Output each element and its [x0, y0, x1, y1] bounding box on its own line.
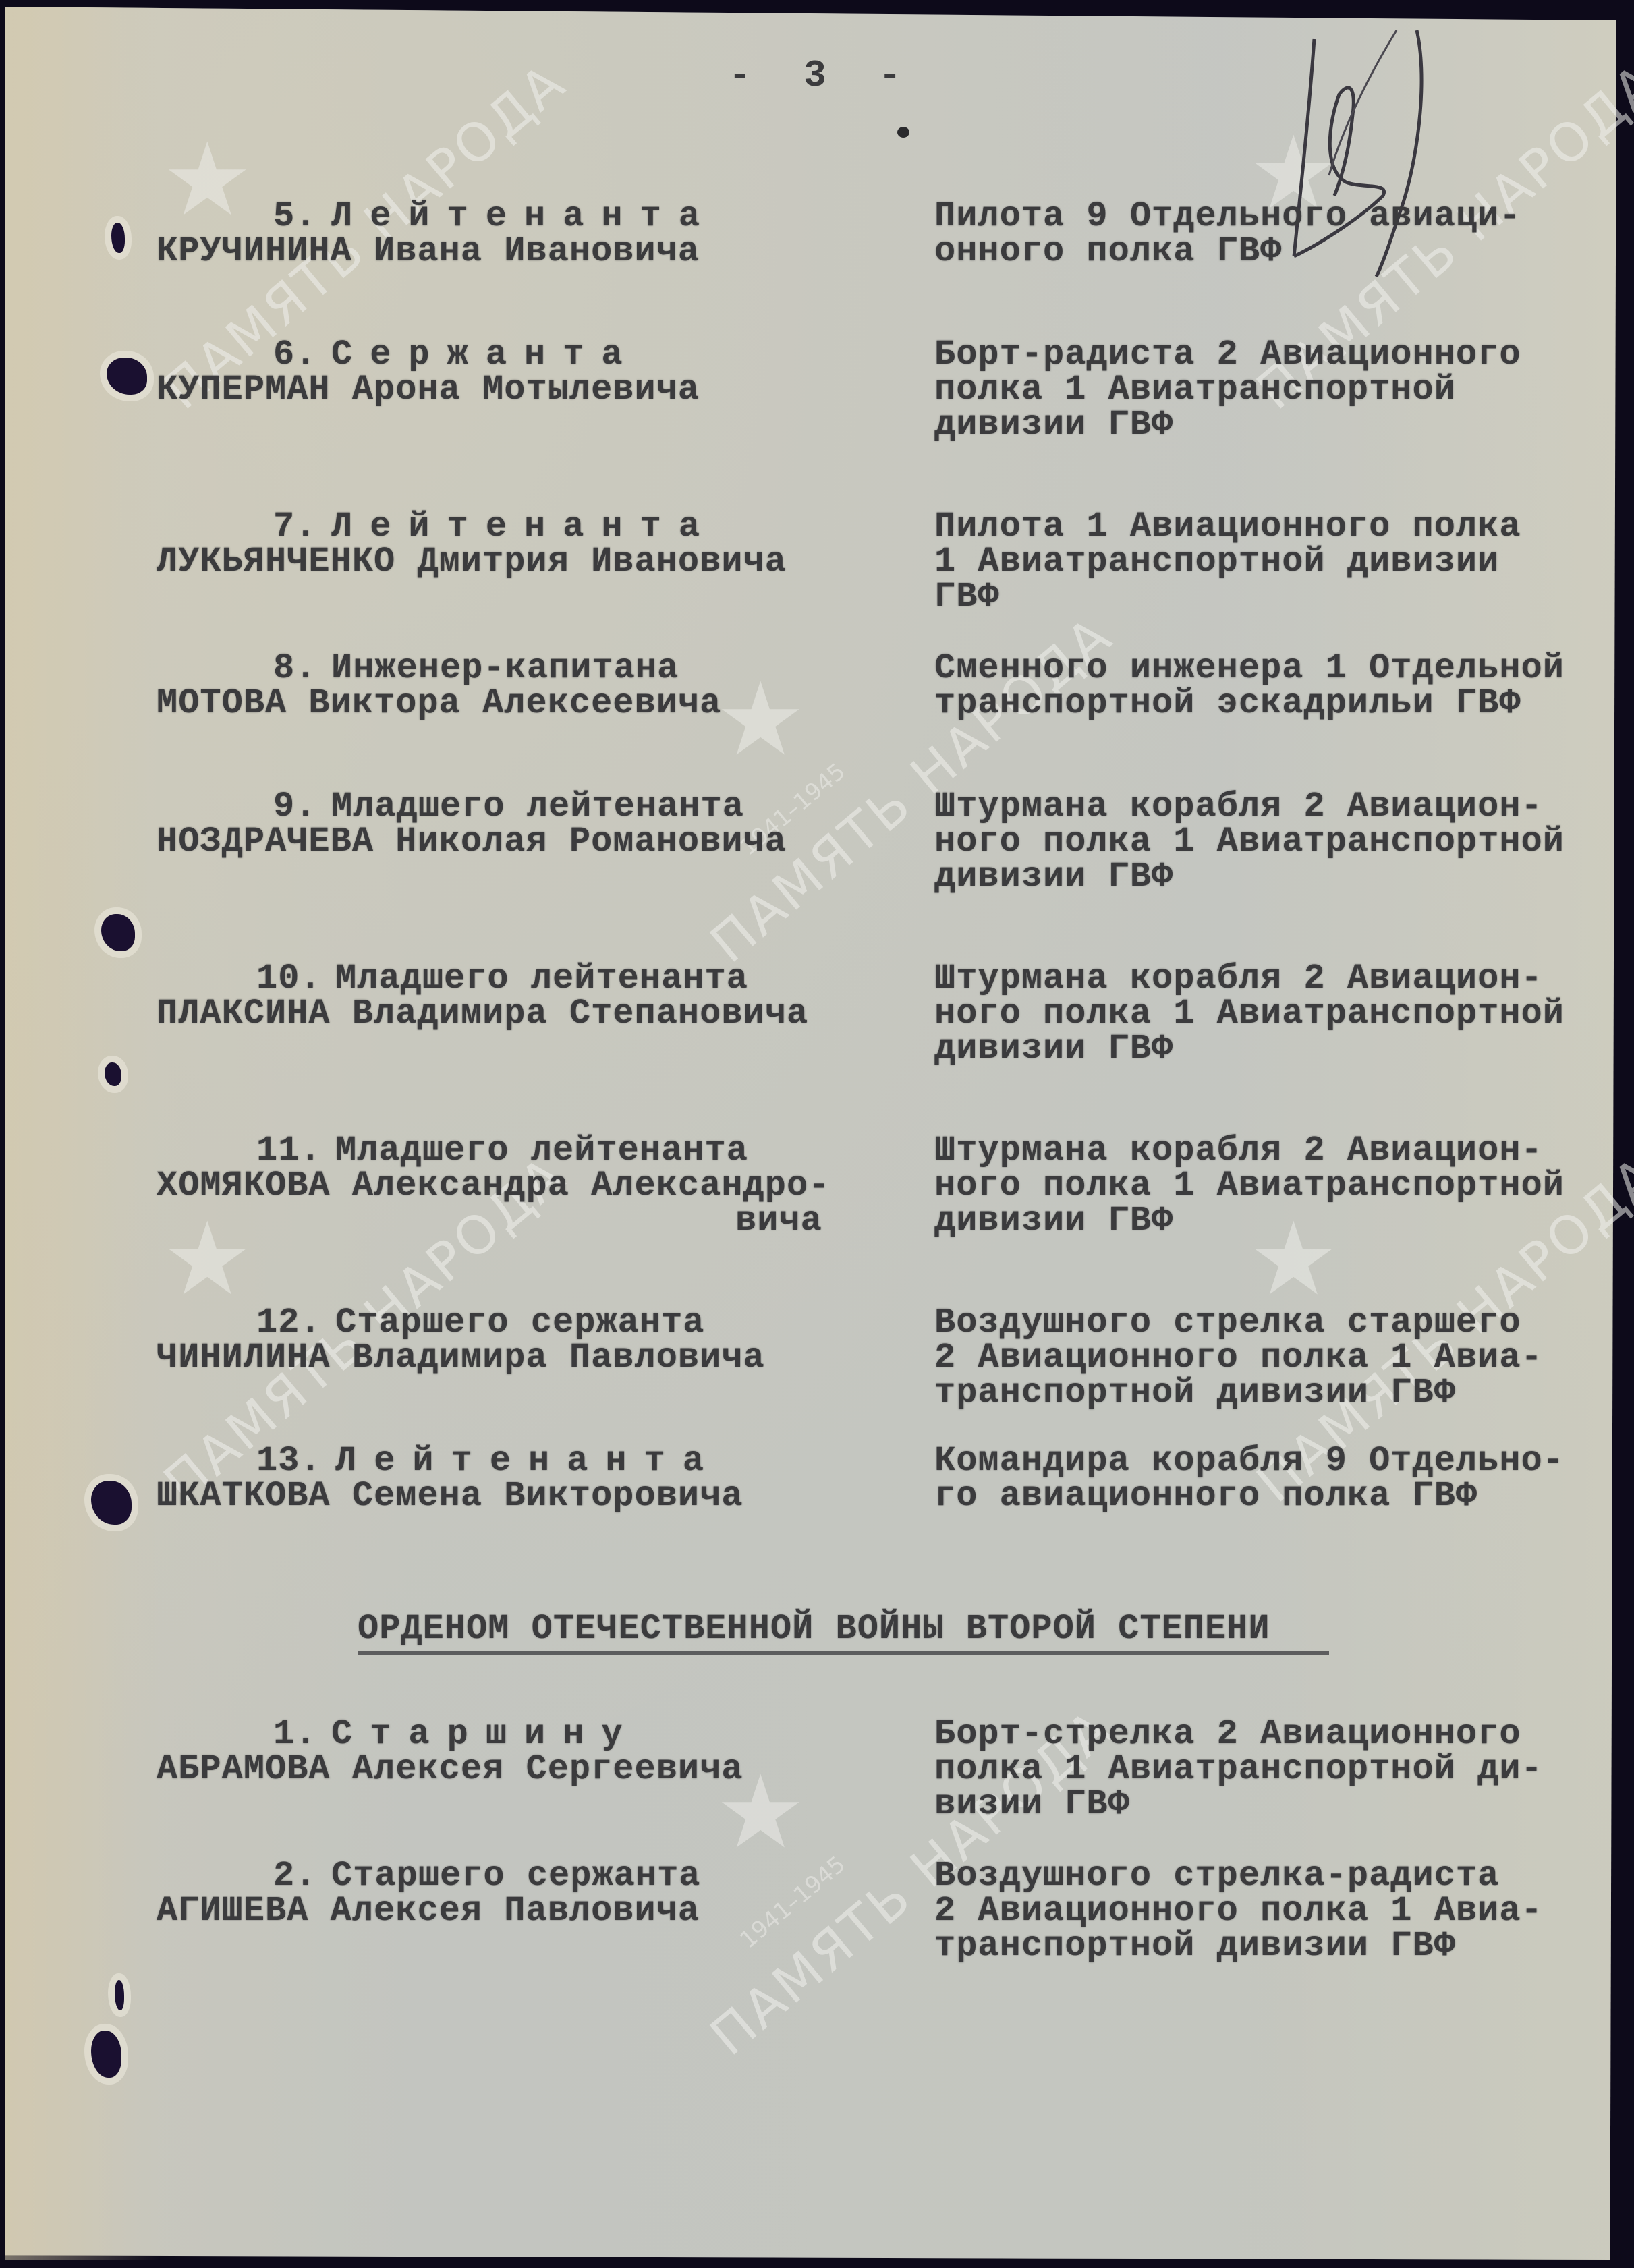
entry-number: 7. [273, 509, 316, 544]
entry-name: КРУЧИНИНА Ивана Ивановича [157, 234, 700, 269]
entry-description-line: ного полка 1 Авиатранспортной [934, 996, 1565, 1031]
entry-description-line: транспортной дивизии ГВФ [934, 1376, 1456, 1411]
entry-number: 10. [256, 961, 322, 996]
watermark-star-icon: ★ [162, 121, 252, 239]
entry-rank: Лейтенанта [335, 1444, 721, 1479]
entry-number: 6. [273, 337, 316, 372]
entry-name: ПЛАКСИНА Владимира Степановича [157, 996, 808, 1031]
entry-description-line: Штурмана корабля 2 Авиацион- [934, 1133, 1543, 1168]
entry-rank: Лейтенанта [331, 199, 717, 234]
entry-description-line: Сменного инженера 1 Отдельной [934, 651, 1565, 686]
section-heading: ОРДЕНОМ ОТЕЧЕСТВЕННОЙ ВОЙНЫ ВТОРОЙ СТЕПЕ… [358, 1609, 1270, 1649]
entry-description-line: Штурмана корабля 2 Авиацион- [934, 961, 1543, 996]
entry-rank: Лейтенанта [331, 509, 717, 544]
entry-rank: Инженер-капитана [331, 651, 679, 686]
entry-description-line: онного полка ГВФ [934, 234, 1282, 269]
entry-number: 2. [273, 1859, 316, 1894]
entry-name: ЧИНИЛИНА Владимира Павловича [157, 1340, 765, 1376]
entry-name: ЛУКЬЯНЧЕНКО Дмитрия Ивановича [157, 544, 787, 579]
entry-description-line: ного полка 1 Авиатранспортной [934, 824, 1565, 859]
entry-description-line: полка 1 Авиатранспортной [934, 372, 1456, 407]
entry-rank: Старшину [331, 1717, 640, 1752]
entry-number: 9. [273, 789, 316, 824]
entry-rank: Младшего лейтенанта [331, 789, 744, 824]
watermark-star-icon: ★ [1248, 1201, 1339, 1318]
entry-description-line: полка 1 Авиатранспортной ди- [934, 1752, 1543, 1787]
entry-description-line: дивизии ГВФ [934, 407, 1173, 443]
watermark-star-icon: ★ [715, 661, 806, 778]
entry-name: ШКАТКОВА Семена Викторовича [157, 1479, 743, 1514]
entry-description-line: Пилота 1 Авиационного полка [934, 509, 1521, 544]
entry-description-line: го авиационного полка ГВФ [934, 1479, 1477, 1514]
entry-description-line: Борт-стрелка 2 Авиационного [934, 1717, 1521, 1752]
entry-number: 1. [273, 1717, 316, 1752]
paper-edge-discoloration [5, 7, 161, 2260]
watermark-star-icon: ★ [162, 1201, 252, 1318]
entry-name: НОЗДРАЧЕВА Николая Романовича [157, 824, 787, 859]
entry-description-line: транспортной дивизии ГВФ [934, 1929, 1456, 1964]
entry-number: 8. [273, 651, 316, 686]
entry-description-line: Командира корабля 9 Отдельно- [934, 1444, 1565, 1479]
entry-name: АГИШЕВА Алексея Павловича [157, 1894, 700, 1929]
binding-hole [105, 1062, 121, 1086]
entry-number: 5. [273, 199, 316, 234]
entry-rank: Младшего лейтенанта [335, 1133, 748, 1168]
ink-dot [897, 127, 909, 138]
entry-number: 12. [256, 1305, 322, 1340]
binding-hole [115, 1980, 124, 2010]
entry-description-line: дивизии ГВФ [934, 1203, 1173, 1239]
entry-description-line: ГВФ [934, 579, 1000, 615]
entry-description-line: Штурмана корабля 2 Авиацион- [934, 789, 1543, 824]
entry-description-line: визии ГВФ [934, 1787, 1130, 1822]
entry-description-line: 2 Авиационного полка 1 Авиа- [934, 1894, 1543, 1929]
entry-name: АБРАМОВА Алексея Сергеевича [157, 1752, 743, 1787]
entry-number: 13. [256, 1444, 322, 1479]
entry-rank: Сержанта [331, 337, 640, 372]
entry-description-line: транспортной эскадрильи ГВФ [934, 686, 1521, 721]
entry-number: 11. [256, 1133, 322, 1168]
section-underline [358, 1651, 1329, 1655]
entry-description-line: ного полка 1 Авиатранспортной [934, 1168, 1565, 1203]
page-number: - 3 - [729, 54, 916, 97]
entry-description-line: 1 Авиатранспортной дивизии [934, 544, 1499, 579]
entry-description-line: дивизии ГВФ [934, 1031, 1173, 1067]
handwritten-signature-icon [1282, 13, 1504, 277]
entry-description-line: Пилота 9 Отдельного авиаци- [934, 199, 1521, 234]
entry-name-continued: вича [735, 1203, 822, 1239]
binding-hole [111, 223, 125, 253]
entry-description-line: Воздушного стрелка старшего [934, 1305, 1521, 1340]
entry-rank: Старшего сержанта [331, 1859, 701, 1894]
entry-rank: Старшего сержанта [335, 1305, 705, 1340]
entry-name: КУПЕРМАН Арона Мотылевича [157, 372, 700, 407]
entry-name: ХОМЯКОВА Александра Александро- [157, 1168, 830, 1203]
entry-name: МОТОВА Виктора Алексеевича [157, 686, 721, 721]
entry-rank: Младшего лейтенанта [335, 961, 748, 996]
entry-description-line: 2 Авиационного полка 1 Авиа- [934, 1340, 1543, 1376]
entry-description-line: Борт-радиста 2 Авиационного [934, 337, 1521, 372]
entry-description-line: дивизии ГВФ [934, 859, 1173, 895]
entry-description-line: Воздушного стрелка-радиста [934, 1859, 1499, 1894]
